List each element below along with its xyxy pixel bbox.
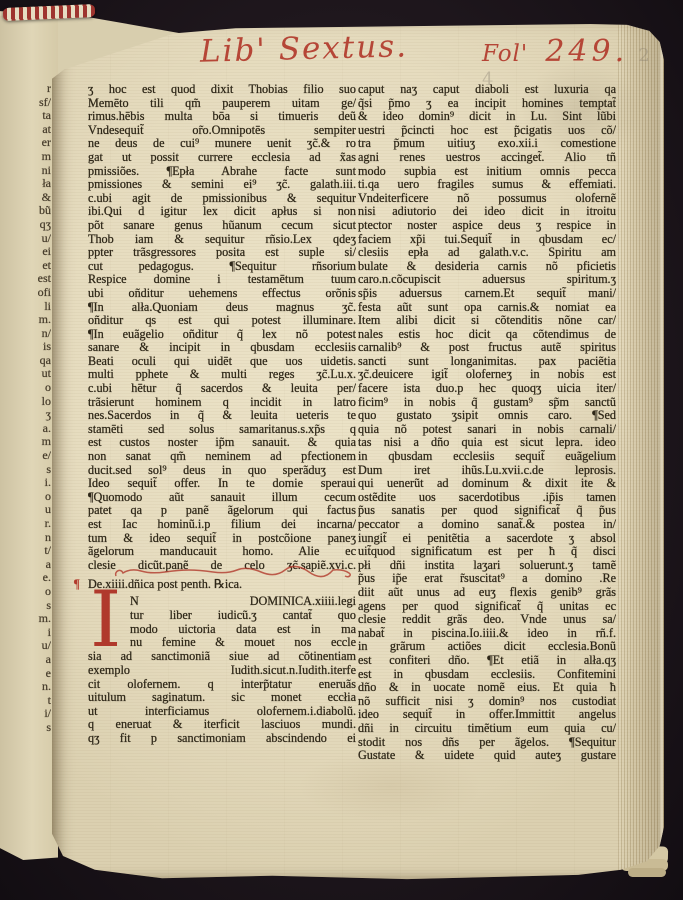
text-line: ducit.sed sol⁹ deus in quo sperãduʒ est [88,464,356,478]
text-line: ʒ hoc est quod dixit Thobias filio suo [88,83,356,97]
text-line: sp̃is aduersus carnem.Et sequit̃ mani/ [358,287,616,301]
left-column-upper-lines: ʒ hoc est quod dixit Thobias filio suoMe… [88,83,356,572]
text-line: nales estis hoc dicit qa cõtendimus de [358,328,616,342]
text-line: sancti sunt longanimitas. pax paciẽtia [358,355,616,369]
text-line: quo gustato ʒsipit omnis caro. ¶Sed [358,409,616,423]
text-line: qa [6,354,51,368]
text-line: i. [6,476,51,490]
text-line: caro.n.cõcupiscit aduersus spiritum.ʒ [358,273,616,287]
text-line: a. [6,422,51,436]
folio: Fol' 249. 2 4 [482,34,664,90]
text-line: modo uictoria data est in ma [130,623,356,637]
text-line: gat ut possit currere ecclesia ad x̃as [88,151,356,165]
text-line: ¶Quomodo aũt sanauit illum cecum [88,491,356,505]
text-line: Item alibi dicit si cõtenditis nõne car/ [358,314,616,328]
text-line: est Iac hominũ.i.p filium dei incarna/ [88,518,356,532]
text-line: caput naʒ caput diaboli est luxuria qa [358,83,616,97]
text-line: c.ubi agit de pmissionibus & sequitur [88,192,356,206]
text-line: s [6,721,51,735]
text-line: e/ [6,449,51,463]
text-line: quia nõ potest sanari in nobis carnali/ [358,423,616,437]
text-line: ofi [6,286,51,300]
facing-page-gutter-edge: rsf/taatermniła&bũqʒu/eietestofilim.n/is… [0,14,58,860]
text-line: q eneruat & iterficit lasciuos mundi. [88,718,356,732]
text-line: ta [6,109,51,123]
text-line: qʒ [6,218,51,232]
text-line: carnalib⁹ & post fructus autẽ spiritus [358,341,616,355]
text-line: ne deus de cui⁹ munere uenit ʒc̃.& ro [88,137,356,151]
text-line: peccator a domino sanat̃.& postea in/ [358,518,616,532]
text-line: agens per quod significat̃ q̃ unitas ec [358,600,616,614]
text-line: płi dñi instita laʒari soluerunt.ʒ tamẽ [358,559,616,573]
text-line: n/ [6,327,51,341]
text-line: ʒc̃.deuicere igit̃ oloferneʒ in nobis es… [358,368,616,382]
text-line: uitulum saginatum. sic monet eccłia [88,691,356,705]
running-title: Lib' Sextus. [200,28,409,69]
text-line: o [6,585,51,599]
text-line: est custos noster ip̃m sanauit. & quia [88,436,356,450]
text-line: q̃si p̃mo ʒ ea incipit homines temptat̃ [358,97,616,111]
text-line: lo [6,395,51,409]
text-line: stamēti sed solus samaritanus.s.xp̃s q [88,423,356,437]
text-line: uit̃quod significatum est per ħ q̃ disci [358,545,616,559]
text-line: ni [6,164,51,178]
text-line: ei [6,245,51,259]
text-line: nabat̃ in piscina.Io.iiii.& ideo in rñ.f… [358,627,616,641]
text-line: in qbusdam ecclesiis sequit̃ euãgelium [358,450,616,464]
text-line: s [6,463,51,477]
text-line: p̃us ip̃e erat r̃suscitat⁹ a domino .Re [358,572,616,586]
text-line: est in qbusdam ecclesiis. Confitemini [358,668,616,682]
fore-edge-page-stack [618,24,664,880]
text-line: m [6,150,51,164]
text-line: rimus.hēbis multa bōa si timueris deũ [88,110,356,124]
text-line: ut [6,367,51,381]
text-line: a [6,653,51,667]
rubric-line: ¶ De.xiiii.dñica post penth. ℞ica. [88,577,356,592]
text-line: t/ [6,544,51,558]
text-line: nõ sufficit nisi ʒ domin⁹ nos custodiat [358,695,616,709]
text-line: Vndeiterficere nõ possumus olofernẽ [358,192,616,206]
text-line: ubi oñditur uehemens effectus orõnis [88,287,356,301]
text-line: N DOMINICA.xiiii.legi [130,595,356,609]
text-line: c.ubi hētur q̃ sacerdos & leuita per/ [88,382,356,396]
text-line: sf/ [6,96,51,110]
text-line: clesiis epła ad galath.v.c. Spiritu am [358,246,616,260]
text-line: cut pedagogus. ¶Sequitur rñsorium [88,260,356,274]
text-line: qui uenerũt ad dominum & dixit ite & [358,477,616,491]
text-line: tum & ideo sequit̃ in postcõione paneʒ [88,532,356,546]
text-line: facere ista duo.p hec quoqʒ uicia iter/ [358,382,616,396]
text-line: r. [6,517,51,531]
text-line: qʒ fit p sanctimoniam abscindendo ei [88,732,356,746]
text-line: i [6,626,51,640]
text-line: diit aũt unus ad euʒ flexis genib⁹ grãs [358,586,616,600]
text-line: ppter trãsgressores posita est suple si/ [88,246,356,260]
text-line: modo supbia est initium omnis pecca [358,165,616,179]
text-line: ut interficiamus olofernem.i.diabolũ. [88,705,356,719]
text-line: tra p̃mum uitiuʒ exo.xii.i comestione [358,137,616,151]
text-line: a [6,558,51,572]
left-column-lower-lines: sia ad sanctimoniã siue ad cõtinentiamex… [88,650,356,745]
text-line: tur liber iudicũ.ʒ cantat̃ quo [130,609,356,623]
text-line: festa aũt sunt opa carnis.& nomiat ea [358,301,616,315]
text-line: r [6,82,51,96]
text-line: nisi adiutorio dei ideo dicit in itroitu [358,205,616,219]
initial-paragraph-lines: N DOMINICA.xiiii.legitur liber iudicũ.ʒ … [130,595,356,649]
rubric-pilcrow: ¶ [74,577,80,592]
text-line: patet qa p panẽ ãgelorum qui factus [88,504,356,518]
text-line: ãgelorum manducauit homo. Alie ec [88,545,356,559]
text-line: ibi.Qui d igitur lex dicit apłus si non [88,205,356,219]
drop-cap-initial: I [90,590,121,651]
book-photo-scene: rsf/taatermniła&bũqʒu/eietestofilim.n/is… [0,0,683,900]
text-line: bũ [6,204,51,218]
right-column-lines: caput naʒ caput diaboli est luxuria qaq̃… [358,83,616,763]
text-line: trãsierunt hominem q incidit in latro [88,396,356,410]
text-line: sanare & incipit in qbusdam ecclesiis [88,341,356,355]
text-line: ʒ [6,408,51,422]
text-column-left: ʒ hoc est quod dixit Thobias filio suoMe… [88,83,356,746]
page-stack-corner [628,868,666,877]
text-line: dño & in uocate nomẽ eius. Et quia ħ [358,681,616,695]
text-line: stodit nos dñs per ãgelos. ¶Sequitur [358,736,616,750]
text-line: sia ad sanctimoniã siue ad cõtinentiam [88,650,356,664]
text-line: u/ [6,639,51,653]
text-line: Memēto tili qm̃ pauperem uitam ge/ [88,97,356,111]
book-page: Lib' Sextus. Fol' 249. 2 4 ʒ hoc est quo… [52,24,664,880]
text-line: n [6,531,51,545]
text-line: exemplo Iudith.sicut.n.Iudith.iterfe [88,664,356,678]
text-line: u [6,503,51,517]
text-line: tas nisi a dño quia est sicut lepra. ide… [358,436,616,450]
text-line: est [6,272,51,286]
text-line: & ideo domin⁹ dicit in Lu. Sint lũbi [358,110,616,124]
text-line: cit olofernem. q interp̃tatur eneruãs [88,678,356,692]
text-line: clesie reddit grãs deo. Vnde unus sa/ [358,613,616,627]
text-column-right: caput naʒ caput diaboli est luxuria qaq̃… [358,83,616,763]
text-line: s [6,599,51,613]
folio-number: 249. [545,34,628,69]
text-line: oñditur qs est qui potest illuminare. [88,314,356,328]
text-line: põt sanare genus hũanum cecum sicut [88,219,356,233]
text-line: agni renes uestros accinget̃. Alio tñ [358,151,616,165]
text-line: m. [6,612,51,626]
text-line: o [6,381,51,395]
text-line: m. [6,313,51,327]
text-line: is [6,340,51,354]
text-line: ostẽdite uos sacerdotibus .ip̃is tamen [358,491,616,505]
text-line: at [6,123,51,137]
text-line: est confiteri dño. ¶Et etiã in alła.qʒ [358,654,616,668]
text-line: nu femine & mouet nos eccle [130,636,356,650]
text-line: er [6,136,51,150]
text-line: Thob iam & sequitur rñsio.Lex qdeʒ [88,233,356,247]
text-line: m [6,435,51,449]
text-line: t [6,694,51,708]
text-line: p̃us sanatis per quod significat̃ q̃ p̃u… [358,504,616,518]
text-line: n. [6,680,51,694]
text-line: i/ [6,707,51,721]
text-line: Respice domine i testamētum tuum [88,273,356,287]
text-line: et [6,259,51,273]
text-line: Dum iret ihũs.Lu.xvii.c.de leprosis. [358,464,616,478]
chapter-opening: I N DOMINICA.xiiii.legitur liber iudicũ.… [88,595,356,650]
text-line: u/ [6,232,51,246]
text-line: ficim⁹ in nobis q̃ gustam⁹ sp̃m sanctũ [358,396,616,410]
text-line: pmissiones & semini ei⁹ ʒc̃. galath.iii. [88,178,356,192]
text-line: li [6,300,51,314]
text-line: ideo sequit̃ in offer.Immittit angelus [358,708,616,722]
text-line: nes.Sacerdos in q̃ & leuita ueteris te [88,409,356,423]
text-line: ti.qa uero fragiles sumus & effemiati. [358,178,616,192]
text-line: multi pphete & multi reges ʒc̃.Lu.x. [88,368,356,382]
text-line: e [6,667,51,681]
folio-label: Fol' [482,41,528,67]
text-line: Beati oculi qui uidēt que uos uidetis. [88,355,356,369]
text-line: bulate & desideria carnis nõ pficietis [358,260,616,274]
text-line: faciem xp̃i tui.Sequit̃ in qbusdam ec/ [358,233,616,247]
text-line: ¶In alła.Quoniam deus magnus ʒc̃. [88,301,356,315]
text-line: ła [6,177,51,191]
text-line: e. [6,571,51,585]
text-line: non sanat qm̃ neminem ad pfectionem [88,450,356,464]
text-line: Gustate & uidete quid auteʒ gustare [358,749,616,763]
text-line: Vndesequit̃ or̃o.Omnipotēs sempiter [88,124,356,138]
text-line: o [6,490,51,504]
text-line: iungit̃ ei penitẽtia a sacerdote ʒ absol [358,532,616,546]
text-line: dñi in circuitu timẽtium eum quia cu/ [358,722,616,736]
text-line: & [6,191,51,205]
margin-text-fragments: rsf/taatermniła&bũqʒu/eietestofilim.n/is… [6,82,51,735]
text-line: ¶In euãgelio oñditur q̃ lex nõ potest [88,328,356,342]
text-line: in grãrum actiões dicit ecclesia.Bonũ [358,640,616,654]
text-line: uestri p̃cincti hoc est p̃cigatis uos cõ… [358,124,616,138]
text-line: pmissiões. ¶Epła Abrahe facte sunt [88,165,356,179]
text-line: ptector noster aspice deus ʒ respice in [358,219,616,233]
text-line: Ideo sequit̃ offer. In te domie speraui [88,477,356,491]
